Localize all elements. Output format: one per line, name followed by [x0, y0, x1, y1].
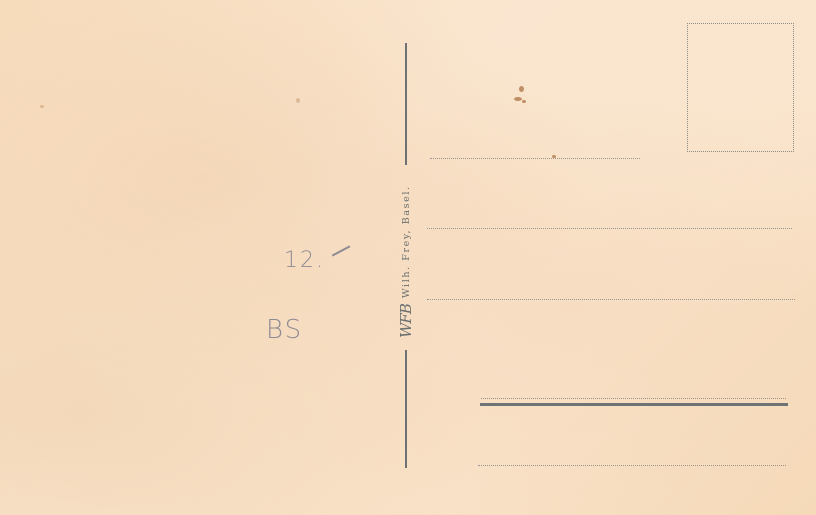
address-line-4 [481, 398, 786, 399]
handwritten-dash [332, 245, 350, 256]
stain-spot [514, 97, 522, 101]
stain-spot [40, 105, 44, 108]
center-divider-bottom [405, 350, 407, 468]
handwritten-note-number: 12. [284, 248, 325, 273]
stain-spot [522, 100, 526, 103]
stain-spot [519, 86, 524, 92]
address-underline-heavy [480, 403, 788, 406]
publisher-logo: WFB [397, 304, 415, 338]
publisher-imprint: WFB Wilh. Frey, Basel. [397, 185, 415, 338]
address-line-3 [427, 299, 795, 300]
handwritten-note-initials: BS [266, 315, 303, 345]
postcard-back: WFB Wilh. Frey, Basel. 12. BS [0, 0, 816, 515]
address-line-1 [430, 158, 640, 159]
stain-spot [552, 155, 556, 158]
address-line-2 [427, 228, 792, 229]
address-line-5 [478, 465, 786, 466]
stamp-box [687, 23, 794, 152]
center-divider-top [405, 43, 407, 165]
stain-spot [296, 98, 300, 103]
publisher-text: Wilh. Frey, Basel. [401, 185, 412, 298]
